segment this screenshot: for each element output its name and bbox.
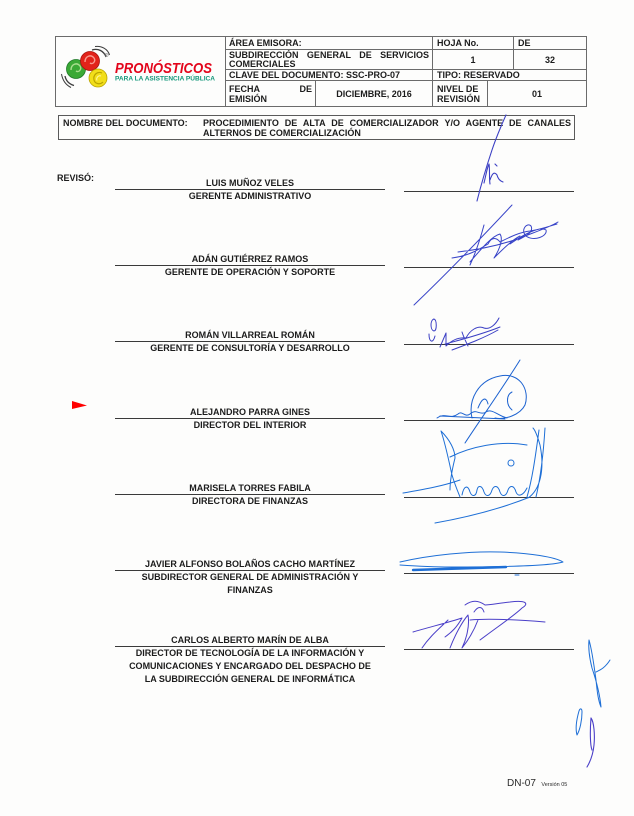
reviewer-name: CARLOS ALBERTO MARÍN DE ALBA [115,634,385,646]
clave-documento-label: CLAVE DEL DOCUMENTO: [229,70,344,80]
logo-cell: ® PRONÓSTICOS PARA LA ASISTENCIA PÚBLICA [55,36,226,107]
reviewer-block: CARLOS ALBERTO MARÍN DE ALBA DIRECTOR DE… [115,634,385,686]
area-emisora-label: ÁREA EMISORA: [229,38,429,48]
tipo: TIPO: RESERVADO [437,70,583,80]
hoja-label-cell: HOJA No. [432,36,514,50]
brand-tagline: PARA LA ASISTENCIA PÚBLICA [115,76,216,83]
reviewer-title: FINANZAS [115,584,385,597]
hoja-value-cell: 1 [432,49,514,70]
pronosticos-logo: ® PRONÓSTICOS PARA LA ASISTENCIA PÚBLICA [56,37,225,106]
signature-line [404,344,574,345]
hoja-value: 1 [436,55,510,65]
reviewer-title: SUBDIRECTOR GENERAL DE ADMINISTRACIÓN Y [115,571,385,584]
reviewer-title: GERENTE DE OPERACIÓN Y SOPORTE [115,266,385,279]
signature-alejandro-parra [437,360,526,443]
red-triangle-flag-icon [70,399,90,411]
reviewer-name: JAVIER ALFONSO BOLAÑOS CACHO MARTÍNEZ [115,558,385,570]
clave-documento: CLAVE DEL DOCUMENTO: SSC-PRO-07 [229,70,429,80]
de-label-cell: DE [513,36,587,50]
reviewer-title: COMUNICACIONES Y ENCARGADO DEL DESPACHO … [115,660,385,673]
document-name-box: NOMBRE DEL DOCUMENTO: PROCEDIMIENTO DE A… [58,115,575,140]
signature-line [404,497,574,498]
document-page: ® PRONÓSTICOS PARA LA ASISTENCIA PÚBLICA… [0,0,634,816]
reviewer-title: LA SUBDIRECCIÓN GENERAL DE INFORMÁTICA [115,673,385,686]
signature-stroke [576,640,610,735]
document-name-value: PROCEDIMIENTO DE ALTA DE COMERCIALIZADOR… [203,118,571,138]
signature-line [404,573,574,574]
brand-wordmark: PRONÓSTICOS [115,59,212,77]
handwritten-initials [576,640,610,767]
reviewed-by-label: REVISÓ: [57,173,94,184]
document-name-label: NOMBRE DEL DOCUMENTO: [63,118,188,128]
reviewer-name: ALEJANDRO PARRA GINES [115,406,385,418]
yellow-ball-icon [89,69,107,87]
signature-stroke [414,205,558,305]
signature-marisela-torres [403,428,545,523]
de-value-cell: 32 [513,49,587,70]
signature-stroke [587,718,594,767]
reviewer-block: JAVIER ALFONSO BOLAÑOS CACHO MARTÍNEZ SU… [115,558,385,597]
reviewer-block: LUIS MUÑOZ VELES GERENTE ADMINISTRATIVO [115,177,385,203]
area-emisora-value: SUBDIRECCIÓN GENERAL DE SERVICIOS COMERC… [229,51,429,69]
nivel-revision-label-cell: NIVEL DE REVISIÓN [432,80,488,107]
signature-stroke [429,318,500,350]
signature-line [404,649,574,650]
reviewer-block: ADÁN GUTIÉRREZ RAMOS GERENTE DE OPERACIÓ… [115,253,385,279]
reviewer-name: LUIS MUÑOZ VELES [115,177,385,189]
tipo-label: TIPO: [437,70,461,80]
reviewer-title: DIRECTOR DEL INTERIOR [115,419,385,432]
de-value: 32 [517,55,583,65]
form-version: Versión 05 [541,782,567,788]
area-emisora-value-cell: SUBDIRECCIÓN GENERAL DE SERVICIOS COMERC… [225,49,433,70]
signature-stroke [400,552,563,575]
reviewer-title: GERENTE ADMINISTRATIVO [115,190,385,203]
document-header-table: ® PRONÓSTICOS PARA LA ASISTENCIA PÚBLICA… [55,36,587,107]
reviewer-block: ROMÁN VILLARREAL ROMÁN GERENTE DE CONSUL… [115,329,385,355]
clave-documento-value: SSC-PRO-07 [346,70,400,80]
fecha-emision-value-cell: DICIEMBRE, 2016 [315,80,433,107]
fecha-emision-label-cell: FECHA DE EMISIÓN [225,80,316,107]
fecha-emision-value: DICIEMBRE, 2016 [319,89,429,99]
reviewer-block: ALEJANDRO PARRA GINES DIRECTOR DEL INTER… [115,406,385,432]
area-emisora-label-cell: ÁREA EMISORA: [225,36,433,50]
signature-line [404,420,574,421]
signature-stroke [403,428,545,523]
signature-line [404,267,574,268]
signature-javier-bolanos [400,552,563,575]
signature-roman-villarreal [429,318,500,350]
reviewer-block: MARISELA TORRES FABILA DIRECTORA DE FINA… [115,482,385,508]
signature-stroke [413,567,506,570]
reviewer-name: ADÁN GUTIÉRREZ RAMOS [115,253,385,265]
reviewer-title: DIRECTOR DE TECNOLOGÍA DE LA INFORMACIÓN… [115,647,385,660]
red-ball-icon [81,52,100,71]
signature-line [404,191,574,192]
reviewer-title: GERENTE DE CONSULTORÍA Y DESARROLLO [115,342,385,355]
signature-stroke [437,360,526,443]
nivel-revision-value-cell: 01 [487,80,587,107]
form-code: DN-07 [507,778,536,789]
signature-adan-gutierrez [414,205,558,305]
fecha-emision-label: FECHA DE EMISIÓN [229,84,312,104]
reviewer-title: DIRECTORA DE FINANZAS [115,495,385,508]
reviewer-name: ROMÁN VILLARREAL ROMÁN [115,329,385,341]
signature-carlos-marin [413,601,545,648]
reviewer-name: MARISELA TORRES FABILA [115,482,385,494]
nivel-revision-label: NIVEL DE REVISIÓN [437,84,484,104]
registered-mark: ® [105,52,109,59]
tipo-value: RESERVADO [464,70,520,80]
nivel-revision-value: 01 [491,89,583,99]
signature-stroke [413,601,545,648]
hoja-label: HOJA No. [437,38,510,48]
form-version-footer: DN-07 Versión 05 [507,773,567,791]
de-label: DE [518,38,583,48]
